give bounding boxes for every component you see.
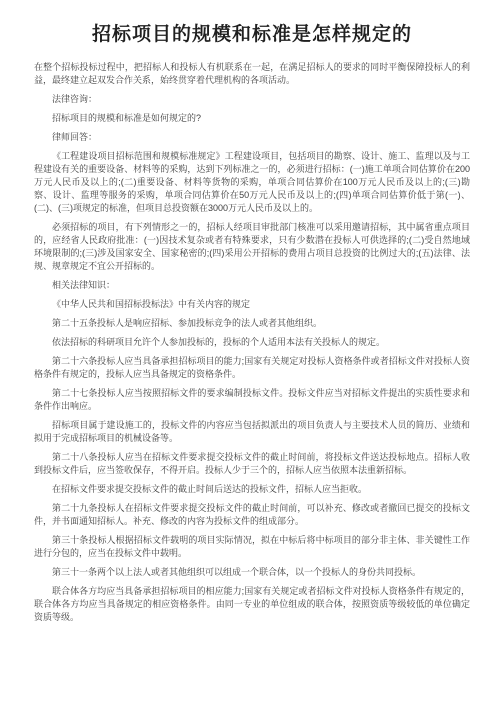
page-title: 招标项目的规模和标准是怎样规定的 (34, 24, 470, 46)
answer-paragraph: 《工程建设项目招标范围和规模标准规定》工程建设项目，包括项目的勘察、设计、施工、… (34, 150, 470, 215)
answer-paragraph: 必须招标的项目，有下列情形之一的，招标人经项目审批部门核准可以采用邀请招标，其中… (34, 221, 470, 273)
law-article-paragraph: 第二十六条投标人应当具备承担招标项目的能力;国家有关规定对投标人资格条件或者招标… (34, 355, 470, 381)
law-article-paragraph: 联合体各方均应当具备承担招标项目的相应能力;国家有关规定或者招标文件对投标人资格… (34, 585, 470, 624)
consultation-question: 招标项目的规模和标准是如何规定的? (34, 112, 470, 125)
law-article-paragraph: 第二十五条投标人是响应招标、参加投标竞争的法人或者其他组织。 (34, 317, 470, 330)
law-article-paragraph: 第二十七条投标人应当按照招标文件的要求编制投标文件。投标文件应当对招标文件提出的… (34, 387, 470, 413)
law-article-paragraph: 第三十条投标人根据招标文件载明的项目实际情况，拟在中标后将中标项目的部分非主体、… (34, 534, 470, 560)
legal-consultation-label: 法律咨询： (34, 93, 470, 106)
law-article-paragraph: 依法招标的科研项目允许个人参加投标的，投标的个人适用本法有关投标人的规定。 (34, 336, 470, 349)
article-page: 招标项目的规模和标准是怎样规定的 在整个招标投标过程中，把招标人和投标人有机联系… (0, 0, 504, 713)
related-knowledge-heading: 《中华人民共和国招标投标法》中有关内容的规定 (34, 298, 470, 311)
lawyer-answer-label: 律师回答： (34, 131, 470, 144)
law-article-paragraph: 第二十八条投标人应当在招标文件要求提交投标文件的截止时间前，将投标文件送达投标地… (34, 451, 470, 477)
intro-paragraph: 在整个招标投标过程中，把招标人和投标人有机联系在一起，在满足招标人的要求的同时平… (34, 61, 470, 87)
law-article-paragraph: 在招标文件要求提交投标文件的截止时间后送达的投标文件，招标人应当拒收。 (34, 483, 470, 496)
law-article-paragraph: 招标项目属于建设施工的，投标文件的内容应当包括拟派出的项目负责人与主要技术人员的… (34, 419, 470, 445)
law-article-paragraph: 第二十九条投标人在招标文件要求提交投标文件的截止时间前，可以补充、修改或者撤回已… (34, 502, 470, 528)
law-article-paragraph: 第三十一条两个以上法人或者其他组织可以组成一个联合体，以一个投标人的身份共同投标… (34, 566, 470, 579)
related-knowledge-label: 相关法律知识： (34, 279, 470, 292)
